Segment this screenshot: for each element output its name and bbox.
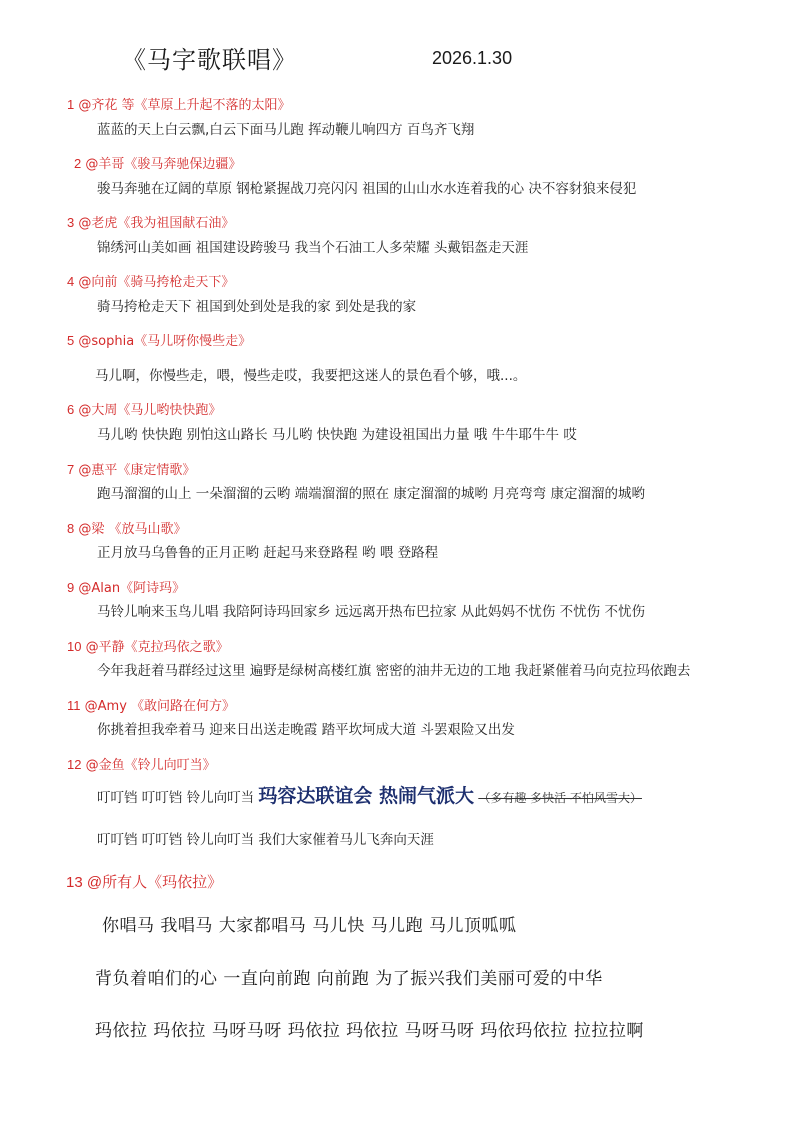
song-heading: 9 @Alan《阿诗玛》 xyxy=(67,577,185,596)
song-heading: 1 @齐花 等《草原上升起不落的太阳》 xyxy=(67,94,291,113)
song-number: 8 xyxy=(67,521,74,536)
singer: @Alan xyxy=(78,581,120,596)
song-heading: 5 @sophia《马儿呀你慢些走》 xyxy=(67,330,251,349)
song-title: 《放马山歌》 xyxy=(109,522,187,537)
lyric-line: 骑马挎枪走天下 祖国到处到处是我的家 到处是我的家 xyxy=(97,295,416,315)
lyric-line: 玛依拉 玛依拉 马呀马呀 玛依拉 玛依拉 马呀马呀 玛依玛依拉 拉拉拉啊 xyxy=(95,1016,644,1041)
song-heading: 7 @惠平《康定情歌》 xyxy=(67,459,195,478)
lyric-line: 正月放马乌鲁鲁的正月正哟 赶起马来登路程 哟 喂 登路程 xyxy=(97,541,438,561)
struck-text: （多有趣 多快活 不怕风雪大） xyxy=(478,791,642,805)
singer: @Amy xyxy=(85,699,131,714)
song-number: 4 xyxy=(67,274,74,289)
song-number: 2 xyxy=(74,156,81,171)
singer: @sophia xyxy=(78,334,134,349)
singer: @老虎 xyxy=(78,216,117,231)
song-heading: 10 @平静《克拉玛依之歌》 xyxy=(67,636,229,655)
singer: @平静 xyxy=(86,640,125,655)
lyric-line: 背负着咱们的心 一直向前跑 向前跑 为了振兴我们美丽可爱的中华 xyxy=(95,964,603,989)
song-number: 1 xyxy=(67,97,74,112)
lyric-line: 蓝蓝的天上白云飘,白云下面马儿跑 挥动鞭儿响四方 百鸟齐飞翔 xyxy=(97,118,474,138)
song-number: 7 xyxy=(67,462,74,477)
lyric-line: 叮叮铛 叮叮铛 铃儿向叮当 我们大家催着马儿飞奔向天涯 xyxy=(97,828,434,848)
song-title: 《铃儿向叮当》 xyxy=(125,758,216,773)
song-title: 《马儿哟快快跑》 xyxy=(117,403,221,418)
lyric-line: 你挑着担我牵着马 迎来日出送走晚霞 踏平坎坷成大道 斗罢艰险又出发 xyxy=(97,718,515,738)
singer: @羊哥 xyxy=(85,157,124,172)
song-number: 11 xyxy=(67,698,81,713)
song-number: 6 xyxy=(67,402,74,417)
song-heading: 13 @所有人《玛依拉》 xyxy=(66,871,222,892)
singer: @金鱼 xyxy=(86,758,125,773)
song-title: 《康定情歌》 xyxy=(117,463,195,478)
song-number: 12 xyxy=(67,757,81,772)
document-title: 《马字歌联唱》 xyxy=(122,40,297,75)
lyric-line: 今年我赶着马群经过这里 遍野是绿树高楼红旗 密密的油井无边的工地 我赶紧催着马向… xyxy=(97,659,690,679)
lyric-text: 叮叮铛 叮叮铛 铃儿向叮当 xyxy=(97,790,254,806)
lyric-line: 马儿啊，你慢些走，喂，慢些走哎，我要把这迷人的景色看个够，哦...。 xyxy=(95,364,526,384)
song-title: 《阿诗玛》 xyxy=(120,581,185,596)
song-title: 《骑马挎枪走天下》 xyxy=(117,275,234,290)
song-heading: 3 @老虎《我为祖国献石油》 xyxy=(67,212,234,231)
song-heading: 6 @大周《马儿哟快快跑》 xyxy=(67,399,221,418)
song-title: 《敢问路在何方》 xyxy=(131,699,235,714)
song-heading: 4 @向前《骑马挎枪走天下》 xyxy=(67,271,234,290)
song-title: 《我为祖国献石油》 xyxy=(117,216,234,231)
lyric-line: 骏马奔驰在辽阔的草原 钢枪紧握战刀亮闪闪 祖国的山山水水连着我的心 决不容豺狼来… xyxy=(97,177,636,197)
song-title: 《骏马奔驰保边疆》 xyxy=(124,157,241,172)
singer: @梁 xyxy=(78,522,108,537)
song-title: 《草原上升起不落的太阳》 xyxy=(135,98,291,113)
lyric-line: 锦绣河山美如画 祖国建设跨骏马 我当个石油工人多荣耀 头戴铝盔走天涯 xyxy=(97,236,528,256)
singer: @向前 xyxy=(78,275,117,290)
song-number: 5 xyxy=(67,333,74,348)
singer: @大周 xyxy=(78,403,117,418)
document-date: 2026.1.30 xyxy=(432,48,512,69)
song-heading: 12 @金鱼《铃儿向叮当》 xyxy=(67,754,216,773)
song-title: 《马儿呀你慢些走》 xyxy=(134,334,251,349)
song-heading: 8 @梁 《放马山歌》 xyxy=(67,518,187,537)
singer: @惠平 xyxy=(78,463,117,478)
song-heading: 11 @Amy 《敢问路在何方》 xyxy=(67,695,235,714)
lyric-line: 马铃儿响来玉鸟儿唱 我陪阿诗玛回家乡 远远离开热布巴拉家 从此妈妈不忧伤 不忧伤… xyxy=(97,600,645,620)
song-number: 3 xyxy=(67,215,74,230)
song-number: 9 xyxy=(67,580,74,595)
lyric-line: 马儿哟 快快跑 别怕这山路长 马儿哟 快快跑 为建设祖国出力量 哦 牛牛耶牛牛 … xyxy=(97,423,577,443)
song-title: 《克拉玛依之歌》 xyxy=(125,640,229,655)
song-heading: 2 @羊哥《骏马奔驰保边疆》 xyxy=(74,153,241,172)
lyric-line: 跑马溜溜的山上 一朵溜溜的云哟 端端溜溜的照在 康定溜溜的城哟 月亮弯弯 康定溜… xyxy=(97,482,645,502)
singer: @齐花 等 xyxy=(78,98,134,113)
song-number: 10 xyxy=(67,639,81,654)
lyric-line: 你唱马 我唱马 大家都唱马 马儿快 马儿跑 马儿顶呱呱 xyxy=(102,911,517,936)
highlight-text: 玛容达联谊会 热闹气派大 xyxy=(258,785,474,807)
lyric-line: 叮叮铛 叮叮铛 铃儿向叮当 玛容达联谊会 热闹气派大 （多有趣 多快活 不怕风雪… xyxy=(97,786,642,808)
